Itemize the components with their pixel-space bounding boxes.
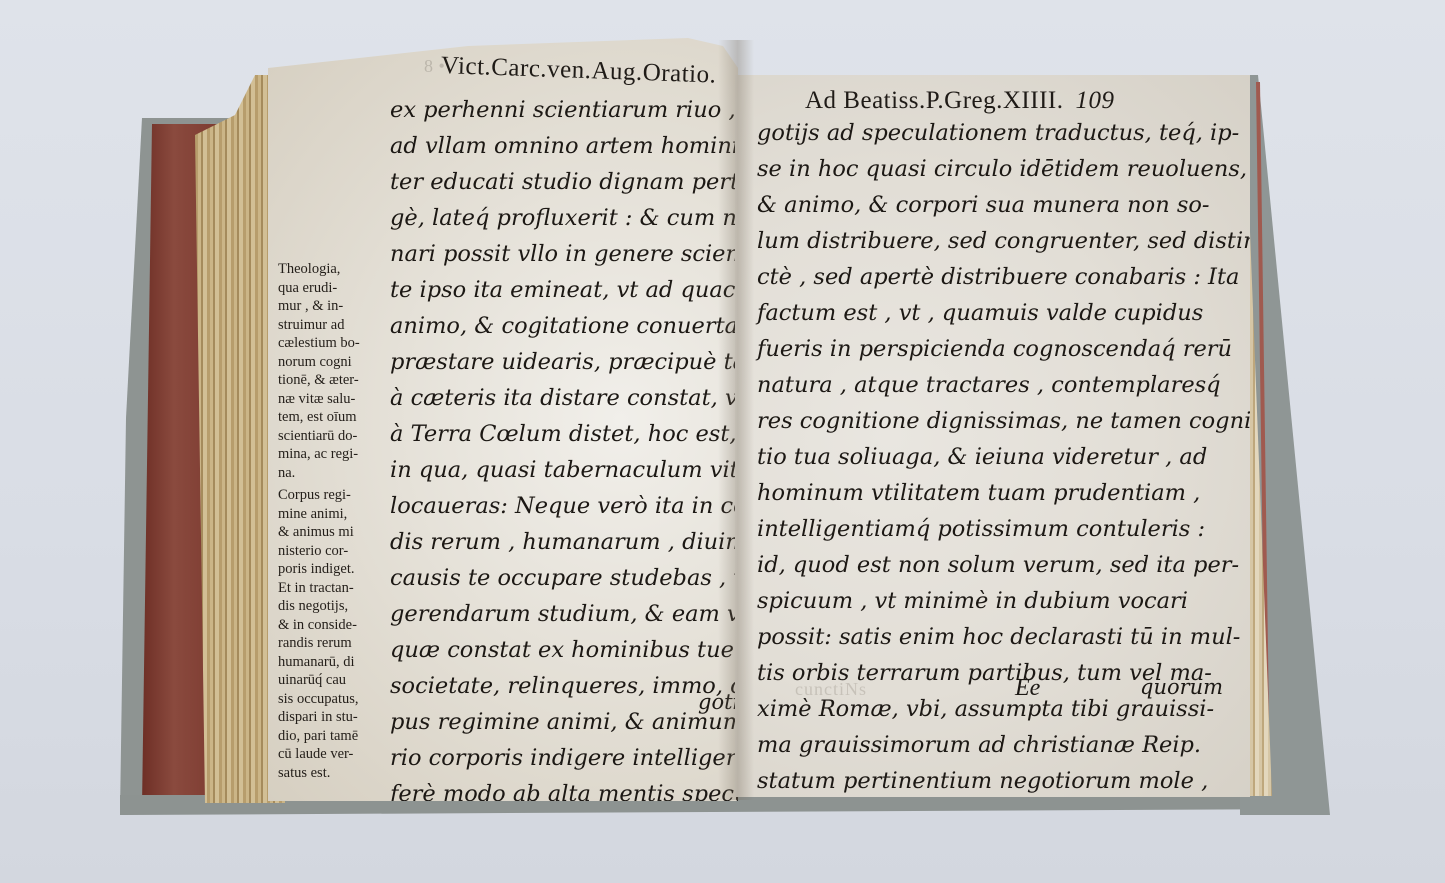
- text-line: ferè modo ab alta mentis speculatoriè ad: [390, 776, 738, 801]
- left-page: 8 • Vict.Carc.ven.Aug.Oratio. Theologia,…: [268, 38, 738, 801]
- text-line: dis rerum , humanarum , diuinarum: [390, 524, 738, 560]
- marginal-line: uinarūq́ cau: [278, 671, 390, 690]
- marginal-line: tionē, & æter-: [278, 371, 390, 390]
- marginal-line: cælestium bo-: [278, 334, 390, 353]
- marginal-line: randis rerum: [278, 634, 390, 653]
- text-line: gè, lateq́ profluxerit : & cum nulla nom…: [390, 200, 738, 236]
- marginal-line: satus est.: [278, 764, 390, 783]
- text-line: tio tua soliuaga, & ieiuna videretur , a…: [757, 439, 1250, 475]
- left-body-text: ex perhenni scientiarum riuo , quicqu ad…: [390, 92, 738, 801]
- text-line: causis te occupare studebas , vt & rerum: [390, 560, 738, 596]
- text-line: statum pertinentium negotiorum mole ,: [757, 763, 1250, 797]
- text-line: ex perhenni scientiarum riuo , quicqu: [390, 92, 738, 128]
- text-line: ad vllam omnino artem hominis libera: [390, 128, 738, 164]
- text-line: ctè , sed apertè distribuere conabaris :…: [757, 259, 1250, 295]
- text-line: rio corporis indigere intelligeres , quo…: [390, 740, 738, 776]
- text-line: se in hoc quasi circulo idētidem reuolue…: [757, 151, 1250, 187]
- text-line: ma grauissimorum ad christianæ Reip.: [757, 727, 1250, 763]
- marginal-line: & in conside-: [278, 616, 390, 635]
- text-line: locaueras: Neque verò ita in considera: [390, 488, 738, 524]
- text-line: animo, & cogitatione conuertat, ea deme: [390, 308, 738, 344]
- marginal-line: humanarū, di: [278, 653, 390, 672]
- marginal-line: næ vitæ salu-: [278, 390, 390, 409]
- text-line: gotijs ad speculationem traductus, teq́,…: [757, 115, 1250, 151]
- text-line: quæ constat ex hominibus tuendis, idest …: [390, 632, 738, 668]
- text-line: gerendarum studium, & eam virtutem: [390, 596, 738, 632]
- right-page: Ad Beatiss.P.Greg.XIIII.109 gotijs ad sp…: [735, 75, 1250, 797]
- text-line: te ipso ita emineat, vt ad quacunq́ se: [390, 272, 738, 308]
- text-line: nari possit vllo in genere scientia , qu…: [390, 236, 738, 272]
- text-line: lum distribuere, sed congruenter, sed di…: [757, 223, 1250, 259]
- marginal-line: & animus mi: [278, 523, 390, 542]
- marginal-line: mine animi,: [278, 505, 390, 524]
- marginal-line: nisterio cor-: [278, 542, 390, 561]
- marginal-line: dio, pari tamē: [278, 727, 390, 746]
- page-number: 109: [1075, 87, 1114, 114]
- marginal-line: qua erudi-: [278, 279, 390, 298]
- marginal-line: norum cogni: [278, 353, 390, 372]
- text-line: spicuum , vt minimè in dubium vocari: [757, 583, 1250, 619]
- book-gutter-shadow: [718, 40, 754, 800]
- right-catchword: quorum: [1140, 675, 1223, 699]
- text-line: societate, relinqueres, immo, cum & cor: [390, 668, 738, 704]
- text-line: res cognitione dignissimas, ne tamen cog…: [757, 403, 1250, 439]
- marginal-line: struimur ad: [278, 316, 390, 335]
- left-marginalia: Theologia, qua erudi- mur , & in- struim…: [278, 260, 390, 786]
- marginal-note: Corpus regi- mine animi, & animus mi nis…: [278, 486, 390, 782]
- marginal-line: mina, ac regi-: [278, 445, 390, 464]
- marginal-line: Et in tractan-: [278, 579, 390, 598]
- signature-mark: Ee: [1015, 675, 1040, 702]
- text-line: à cæteris ita distare constat, vt non lo…: [390, 380, 738, 416]
- text-line: in qua, quasi tabernaculum vitæ tuæ co: [390, 452, 738, 488]
- text-line: & animo, & corpori sua munera non so-: [757, 187, 1250, 223]
- text-line: natura , atque tractares , contemplaresq…: [757, 367, 1250, 403]
- marginal-line: mur , & in-: [278, 297, 390, 316]
- right-running-head-title: Ad Beatiss.P.Greg.XIIII.: [805, 87, 1063, 114]
- text-line: ter educati studio dignam pertinens, lo: [390, 164, 738, 200]
- photo-scene: 8 • Vict.Carc.ven.Aug.Oratio. Theologia,…: [0, 0, 1445, 883]
- text-line: fueris in perspicienda cognoscendaq́ rer…: [757, 331, 1250, 367]
- text-line: à Terra Cœlum distet, hoc est, Theologia: [390, 416, 738, 452]
- text-line: factum est , vt , quamuis valde cupidus: [757, 295, 1250, 331]
- marginal-line: Corpus regi-: [278, 486, 390, 505]
- bleed-through-text: cunctiNs: [795, 679, 867, 700]
- marginal-note: Theologia, qua erudi- mur , & in- struim…: [278, 260, 390, 482]
- marginal-line: na.: [278, 464, 390, 483]
- text-line: possit: satis enim hoc declarasti tū in …: [757, 619, 1250, 655]
- right-running-head: Ad Beatiss.P.Greg.XIIII.109: [805, 87, 1114, 115]
- marginal-line: dispari in stu-: [278, 708, 390, 727]
- marginal-line: Theologia,: [278, 260, 390, 279]
- marginal-line: poris indiget.: [278, 560, 390, 579]
- marginal-line: scientiarū do-: [278, 427, 390, 446]
- marginal-line: cū laude ver-: [278, 745, 390, 764]
- marginal-line: sis occupatus,: [278, 690, 390, 709]
- text-line: præstare uidearis, præcipuè tamen ea, qu…: [390, 344, 738, 380]
- text-line: pus regimine animi, & animum minist: [390, 704, 738, 740]
- text-line: hominum vtilitatem tuam prudentiam ,: [757, 475, 1250, 511]
- text-line: id, quod est non solum verum, sed ita pe…: [757, 547, 1250, 583]
- text-line: intelligentiamq́ potissimum contuleris :: [757, 511, 1250, 547]
- left-running-head: Vict.Carc.ven.Aug.Oratio.: [441, 52, 717, 90]
- marginal-line: dis negotijs,: [278, 597, 390, 616]
- marginal-line: tem, est oīum: [278, 408, 390, 427]
